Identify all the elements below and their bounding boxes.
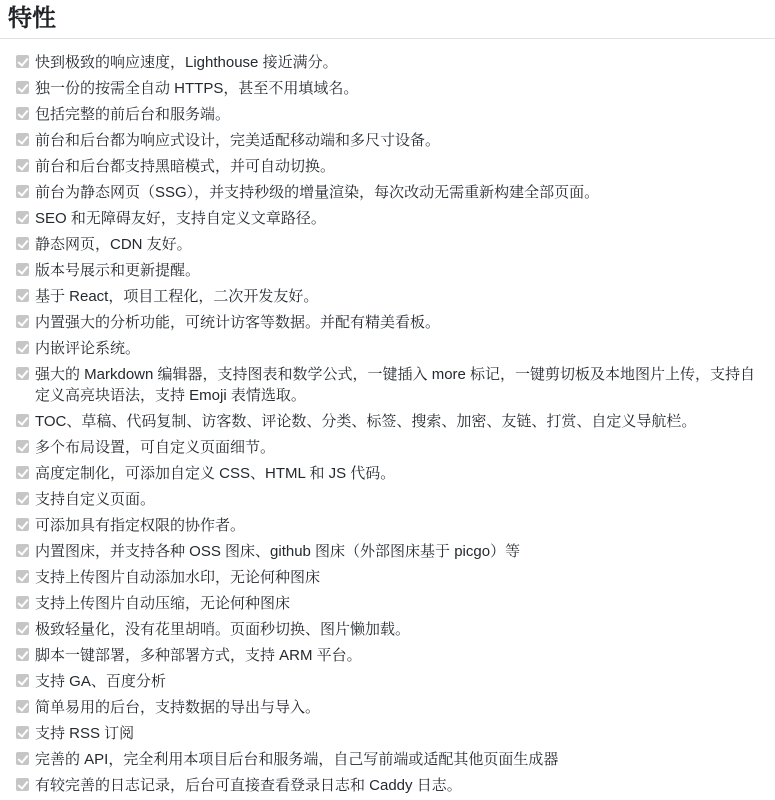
- checked-checkbox-icon: [16, 133, 29, 146]
- checked-checkbox-icon: [16, 341, 29, 354]
- checked-checkbox-icon: [16, 700, 29, 713]
- checked-checkbox-icon: [16, 752, 29, 765]
- task-item-label: 内置强大的分析功能，可统计访客等数据。并配有精美看板。: [35, 314, 440, 331]
- checked-checkbox-icon: [16, 237, 29, 250]
- checked-checkbox-icon: [16, 211, 29, 224]
- task-list-item: 独一份的按需全自动 HTTPS，甚至不用填域名。: [16, 78, 765, 99]
- checked-checkbox-icon: [16, 55, 29, 68]
- checked-checkbox-icon: [16, 289, 29, 302]
- task-list-item: 内嵌评论系统。: [16, 338, 765, 359]
- checked-checkbox-icon: [16, 726, 29, 739]
- task-list-item: 内置图床，并支持各种 OSS 图床、github 图床（外部图床基于 picgo…: [16, 541, 765, 562]
- task-item-label: TOC、草稿、代码复制、访客数、评论数、分类、标签、搜索、加密、友链、打赏、自定…: [35, 413, 696, 430]
- task-list-item: 强大的 Markdown 编辑器，支持图表和数学公式，一键插入 more 标记，…: [16, 364, 765, 406]
- task-list-item: TOC、草稿、代码复制、访客数、评论数、分类、标签、搜索、加密、友链、打赏、自定…: [16, 411, 765, 432]
- checked-checkbox-icon: [16, 107, 29, 120]
- checked-checkbox-icon: [16, 518, 29, 531]
- task-list-item: 支持上传图片自动添加水印，无论何种图床: [16, 567, 765, 588]
- task-item-label: 可添加具有指定权限的协作者。: [35, 517, 245, 534]
- task-item-label: 支持上传图片自动添加水印，无论何种图床: [35, 569, 320, 586]
- task-item-label: 基于 React，项目工程化，二次开发友好。: [35, 288, 318, 305]
- checked-checkbox-icon: [16, 544, 29, 557]
- task-item-label: 支持上传图片自动压缩，无论何种图床: [35, 595, 290, 612]
- task-item-label: 有较完善的日志记录，后台可直接查看登录日志和 Caddy 日志。: [35, 777, 462, 794]
- task-item-label: 强大的 Markdown 编辑器，支持图表和数学公式，一键插入 more 标记，…: [35, 366, 755, 404]
- checked-checkbox-icon: [16, 674, 29, 687]
- task-item-label: 版本号展示和更新提醒。: [35, 262, 200, 279]
- task-list-item: 支持自定义页面。: [16, 489, 765, 510]
- task-list-item: 支持 GA、百度分析: [16, 671, 765, 692]
- checked-checkbox-icon: [16, 159, 29, 172]
- task-item-label: 快到极致的响应速度，Lighthouse 接近满分。: [35, 54, 338, 71]
- task-list-item: 高度定制化，可添加自定义 CSS、HTML 和 JS 代码。: [16, 463, 765, 484]
- task-list-item: 完善的 API，完全利用本项目后台和服务端，自己写前端或适配其他页面生成器: [16, 749, 765, 770]
- checked-checkbox-icon: [16, 440, 29, 453]
- task-item-label: 极致轻量化，没有花里胡哨。页面秒切换、图片懒加载。: [35, 621, 410, 638]
- task-item-label: 多个布局设置，可自定义页面细节。: [35, 439, 275, 456]
- task-item-label: 简单易用的后台，支持数据的导出与导入。: [35, 699, 320, 716]
- checked-checkbox-icon: [16, 778, 29, 791]
- checked-checkbox-icon: [16, 466, 29, 479]
- task-list-item: 前台和后台都为响应式设计，完美适配移动端和多尺寸设备。: [16, 130, 765, 151]
- checked-checkbox-icon: [16, 185, 29, 198]
- page-title: 特性: [0, 0, 775, 39]
- checked-checkbox-icon: [16, 492, 29, 505]
- task-item-label: 前台和后台都为响应式设计，完美适配移动端和多尺寸设备。: [35, 132, 440, 149]
- task-item-label: 内嵌评论系统。: [35, 340, 140, 357]
- task-list-item: SEO 和无障碍友好，支持自定义文章路径。: [16, 208, 765, 229]
- task-item-label: 支持自定义页面。: [35, 491, 155, 508]
- checked-checkbox-icon: [16, 81, 29, 94]
- checked-checkbox-icon: [16, 622, 29, 635]
- checked-checkbox-icon: [16, 263, 29, 276]
- task-list-item: 基于 React，项目工程化，二次开发友好。: [16, 286, 765, 307]
- task-item-label: 高度定制化，可添加自定义 CSS、HTML 和 JS 代码。: [35, 465, 395, 482]
- task-item-label: 前台和后台都支持黑暗模式，并可自动切换。: [35, 158, 335, 175]
- task-list-item: 简单易用的后台，支持数据的导出与导入。: [16, 697, 765, 718]
- checked-checkbox-icon: [16, 367, 29, 380]
- task-item-label: 静态网页，CDN 友好。: [35, 236, 192, 253]
- task-item-label: SEO 和无障碍友好，支持自定义文章路径。: [35, 210, 326, 227]
- checked-checkbox-icon: [16, 315, 29, 328]
- task-list-item: 有较完善的日志记录，后台可直接查看登录日志和 Caddy 日志。: [16, 775, 765, 796]
- task-item-label: 支持 GA、百度分析: [35, 673, 166, 690]
- task-item-label: 脚本一键部署，多种部署方式，支持 ARM 平台。: [35, 647, 362, 664]
- task-item-label: 独一份的按需全自动 HTTPS，甚至不用填域名。: [35, 80, 358, 97]
- checked-checkbox-icon: [16, 414, 29, 427]
- task-list-item: 极致轻量化，没有花里胡哨。页面秒切换、图片懒加载。: [16, 619, 765, 640]
- task-list-item: 前台为静态网页（SSG），并支持秒级的增量渲染，每次改动无需重新构建全部页面。: [16, 182, 765, 203]
- task-item-label: 前台为静态网页（SSG），并支持秒级的增量渲染，每次改动无需重新构建全部页面。: [35, 184, 599, 201]
- feature-task-list: 快到极致的响应速度，Lighthouse 接近满分。 独一份的按需全自动 HTT…: [0, 39, 775, 796]
- task-list-item: 静态网页，CDN 友好。: [16, 234, 765, 255]
- task-list-item: 内置强大的分析功能，可统计访客等数据。并配有精美看板。: [16, 312, 765, 333]
- task-item-label: 完善的 API，完全利用本项目后台和服务端，自己写前端或适配其他页面生成器: [35, 751, 558, 768]
- document: 特性 快到极致的响应速度，Lighthouse 接近满分。 独一份的按需全自动 …: [0, 0, 775, 796]
- task-list-item: 快到极致的响应速度，Lighthouse 接近满分。: [16, 52, 765, 73]
- task-list-item: 包括完整的前后台和服务端。: [16, 104, 765, 125]
- checked-checkbox-icon: [16, 570, 29, 583]
- task-item-label: 包括完整的前后台和服务端。: [35, 106, 230, 123]
- checked-checkbox-icon: [16, 648, 29, 661]
- task-list-item: 脚本一键部署，多种部署方式，支持 ARM 平台。: [16, 645, 765, 666]
- task-list-item: 多个布局设置，可自定义页面细节。: [16, 437, 765, 458]
- checked-checkbox-icon: [16, 596, 29, 609]
- task-item-label: 内置图床，并支持各种 OSS 图床、github 图床（外部图床基于 picgo…: [35, 543, 520, 560]
- task-list-item: 支持 RSS 订阅: [16, 723, 765, 744]
- task-item-label: 支持 RSS 订阅: [35, 725, 134, 742]
- task-list-item: 支持上传图片自动压缩，无论何种图床: [16, 593, 765, 614]
- task-list-item: 版本号展示和更新提醒。: [16, 260, 765, 281]
- task-list-item: 可添加具有指定权限的协作者。: [16, 515, 765, 536]
- task-list-item: 前台和后台都支持黑暗模式，并可自动切换。: [16, 156, 765, 177]
